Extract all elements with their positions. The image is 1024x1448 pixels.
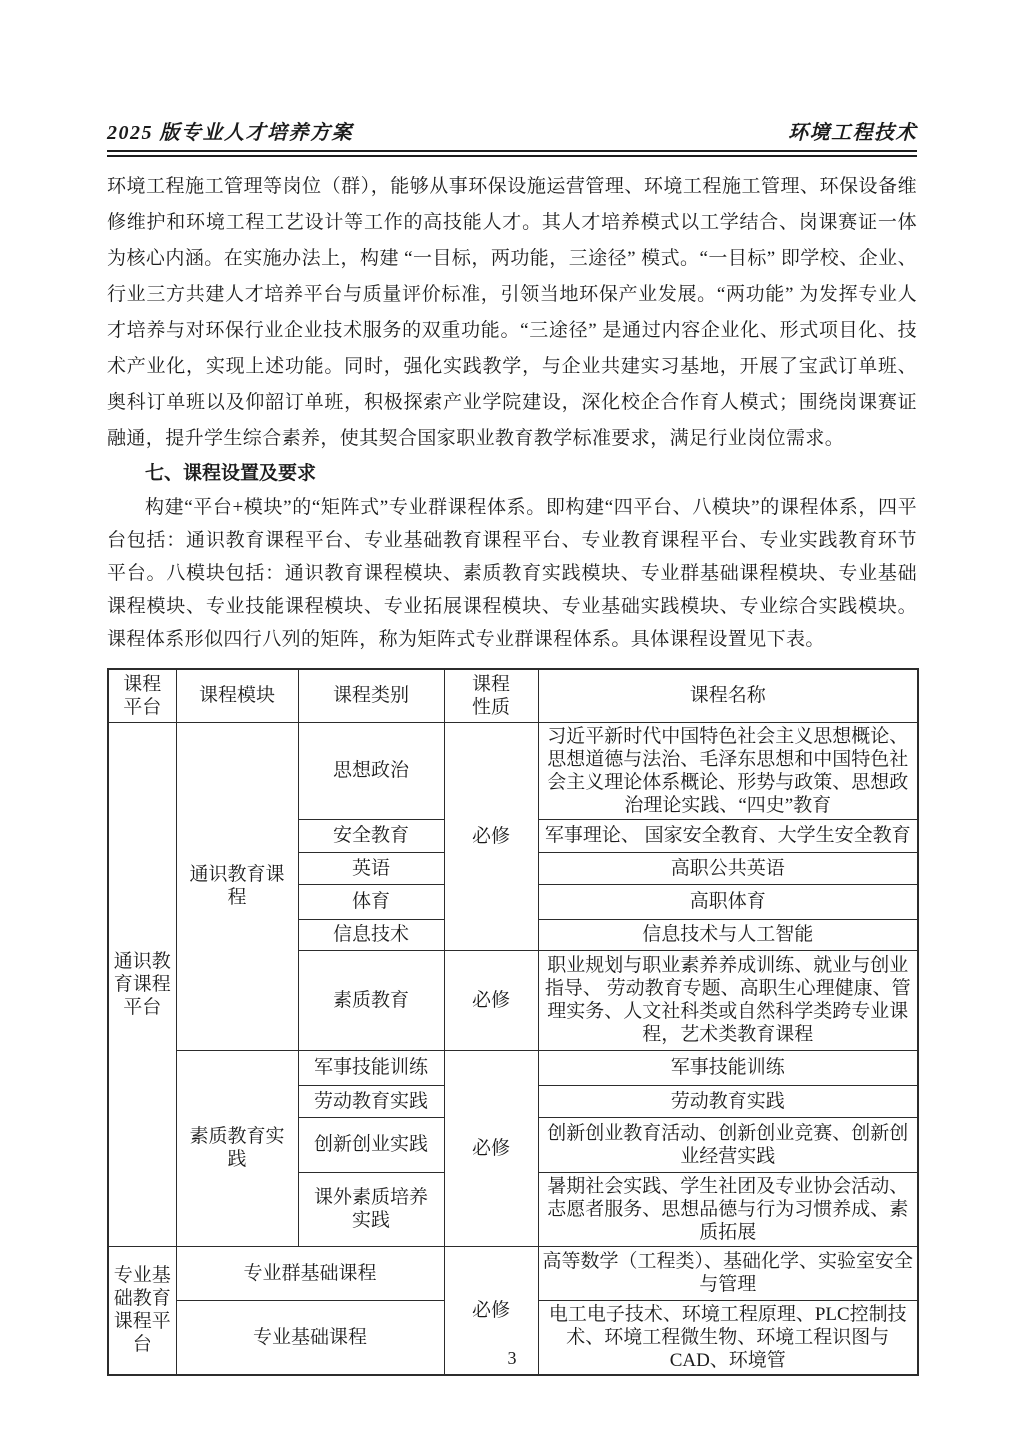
- category-cell-group-basic-courses: 专业群基础课程: [176, 1246, 444, 1300]
- category-cell-military-training: 军事技能训练: [298, 1050, 444, 1085]
- category-cell-safety: 安全教育: [298, 819, 444, 852]
- category-cell-it: 信息技术: [298, 919, 444, 950]
- category-cell-quality-education: 素质教育: [298, 950, 444, 1050]
- category-cell-extracurricular: 课外素质培养 实践: [298, 1172, 444, 1246]
- courses-cell-group-basic: 高等数学（工程类）、基础化学、实验室安全与管理: [538, 1246, 918, 1300]
- page-header: 2025 版专业人才培养方案 环境工程技术: [107, 116, 917, 145]
- col-header-module: 课程模块: [176, 669, 298, 722]
- courses-cell-extracurricular: 暑期社会实践、学生社团及专业协会活动、志愿者服务、思想品德与行为习惯养成、素质拓…: [538, 1172, 918, 1246]
- header-double-rule: [107, 150, 917, 157]
- table-row: 通识教育课程平台 通识教育课程 思想政治 必修 习近平新时代中国特色社会主义思想…: [108, 722, 918, 819]
- category-cell-ideology: 思想政治: [298, 722, 444, 819]
- module-cell-general-courses: 通识教育课程: [176, 722, 298, 1050]
- courses-cell-it: 信息技术与人工智能: [538, 919, 918, 950]
- header-left-title: 2025 版专业人才培养方案: [107, 116, 353, 145]
- nature-cell-required-2: 必修: [444, 950, 538, 1050]
- nature-cell-required-1: 必修: [444, 722, 538, 950]
- category-cell-english: 英语: [298, 852, 444, 884]
- courses-cell-ideology: 习近平新时代中国特色社会主义思想概论、思想道德与法治、毛泽东思想和中国特色社会主…: [538, 722, 918, 819]
- col-header-platform: 课程 平台: [108, 669, 176, 722]
- col-header-nature: 课程 性质: [444, 669, 538, 722]
- nature-cell-required-3: 必修: [444, 1050, 538, 1246]
- section-heading-courses: 七、课程设置及要求: [107, 459, 917, 489]
- paragraph-training-mode: 环境工程施工管理等岗位（群），能够从事环保设施运营管理、环境工程施工管理、环保设…: [107, 169, 917, 457]
- page-number: 3: [0, 1348, 1024, 1369]
- courses-cell-pe: 高职体育: [538, 884, 918, 919]
- table-header-row: 课程 平台 课程模块 课程类别 课程 性质 课程名称: [108, 669, 918, 722]
- courses-cell-labor-practice: 劳动教育实践: [538, 1085, 918, 1117]
- course-setup-table: 课程 平台 课程模块 课程类别 课程 性质 课程名称 通识教育课程平台 通识教育…: [107, 668, 919, 1376]
- courses-cell-safety: 军事理论、 国家安全教育、大学生安全教育: [538, 819, 918, 852]
- category-cell-labor-practice: 劳动教育实践: [298, 1085, 444, 1117]
- table-row: 素质教育实践 军事技能训练 必修 军事技能训练: [108, 1050, 918, 1085]
- paragraph-course-system: 构建“平台+模块”的“矩阵式”专业群课程体系。即构建“四平台、八模块”的课程体系…: [107, 491, 917, 656]
- page-content: 2025 版专业人才培养方案 环境工程技术 环境工程施工管理等岗位（群），能够从…: [107, 0, 917, 1376]
- col-header-name: 课程名称: [538, 669, 918, 722]
- courses-cell-english: 高职公共英语: [538, 852, 918, 884]
- table-row: 专业基础教育课程平台 专业群基础课程 必修 高等数学（工程类）、基础化学、实验室…: [108, 1246, 918, 1300]
- module-cell-quality-practice: 素质教育实践: [176, 1050, 298, 1246]
- courses-cell-military-training: 军事技能训练: [538, 1050, 918, 1085]
- platform-cell-general-education: 通识教育课程平台: [108, 722, 176, 1246]
- category-cell-innovation-practice: 创新创业实践: [298, 1117, 444, 1172]
- courses-cell-innovation-practice: 创新创业教育活动、创新创业竞赛、创新创业经营实践: [538, 1117, 918, 1172]
- category-cell-pe: 体育: [298, 884, 444, 919]
- courses-cell-quality-education: 职业规划与职业素养养成训练、就业与创业指导、 劳动教育专题、高职生心理健康、管理…: [538, 950, 918, 1050]
- header-right-title: 环境工程技术: [788, 116, 917, 145]
- col-header-category: 课程类别: [298, 669, 444, 722]
